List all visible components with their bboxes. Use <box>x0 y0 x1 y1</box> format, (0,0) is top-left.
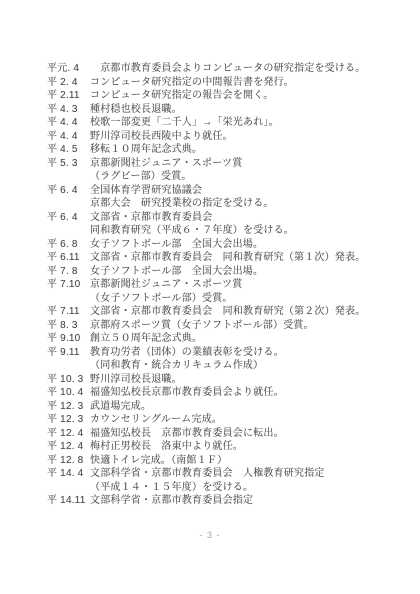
timeline-entry: 平 2.11コンピュータ研究指定の報告会を開く。 <box>47 89 379 103</box>
entry-text-line: （平成１４・１５年度）を受ける。 <box>90 481 379 495</box>
entry-date: 平 12. 8 <box>47 454 90 468</box>
entry-text-line: コンピュータ研究指定の報告会を開く。 <box>90 89 379 103</box>
entry-date: 平 7.10 <box>47 278 90 292</box>
timeline-entry: 平 4. 3種村穏也校長退職。 <box>47 103 379 117</box>
entry-text: 移転１０周年記念式典。 <box>90 143 379 157</box>
entry-text: 福盛知弘校長京都市教育委員会より就任。 <box>90 386 379 400</box>
timeline-entry: 平 8. 3京都府スポーツ賞（女子ソフトボール部）受賞。 <box>47 319 379 333</box>
entry-date: 平 7. 8 <box>47 265 90 279</box>
page-number-label: - 3 - <box>0 529 420 541</box>
entry-date: 平 12. 3 <box>47 400 90 414</box>
entry-text-line: 快適トイレ完成。（南館１Ｆ） <box>90 454 379 468</box>
timeline-entry: 平 12. 4梅村正男校長 洛東中より就任。 <box>47 440 379 454</box>
entry-text: コンピュータ研究指定の中間報告書を発行。 <box>90 76 379 90</box>
entry-text-line: 京都大会 研究授業校の指定を受ける。 <box>90 197 379 211</box>
entry-text-line: 校歌一部変更「二千人」→「栄光あれ」。 <box>90 116 379 130</box>
entry-text-line: 野川淳司校長退職。 <box>90 373 379 387</box>
entry-text-line: 文部省・京都市教育委員会 同和教育研究（第２次）発表。 <box>90 305 379 319</box>
timeline-entry: 平 12. 4福盛知弘校長 京都市教育委員会に転出。 <box>47 427 379 441</box>
timeline-entry: 平 12. 8快適トイレ完成。（南館１Ｆ） <box>47 454 379 468</box>
timeline-entry: 平 9.11教育功労者（団体）の業績表彰を受ける。（同和教育・統合カリキュラム作… <box>47 346 379 373</box>
entry-text-line: 種村穏也校長退職。 <box>90 103 379 117</box>
timeline-entry: 平 10. 4福盛知弘校長京都市教育委員会より就任。 <box>47 386 379 400</box>
entry-text: 教育功労者（団体）の業績表彰を受ける。（同和教育・統合カリキュラム作成） <box>90 346 379 373</box>
entry-text-line: 文部科学省・京都市教育委員会指定 <box>90 494 379 508</box>
entry-text: 福盛知弘校長 京都市教育委員会に転出。 <box>90 427 379 441</box>
entry-text-line: 文部科学省・京都市教育委員会 人権教育研究指定 <box>90 467 379 481</box>
entry-text: 種村穏也校長退職。 <box>90 103 379 117</box>
entry-date: 平 10. 3 <box>47 373 90 387</box>
entry-text: 文部科学省・京都市教育委員会指定 <box>90 494 379 508</box>
document-page: 平元. 4 京都市教育委員会よりコンピュータの研究指定を受ける。平 2. 4コン… <box>0 0 420 594</box>
entry-text-line: 女子ソフトボール部 全国大会出場。 <box>90 238 379 252</box>
entry-text: 京都新聞社ジュニア・スポーツ賞（ラグビー部）受賞。 <box>90 157 379 184</box>
entry-text-line: 京都新聞社ジュニア・スポーツ賞 <box>90 157 379 171</box>
timeline-entry: 平 10. 3野川淳司校長退職。 <box>47 373 379 387</box>
entry-date: 平 2.11 <box>47 89 90 103</box>
timeline-entry: 平 6. 8女子ソフトボール部 全国大会出場。 <box>47 238 379 252</box>
entry-text: 文部省・京都市教育委員会 同和教育研究（第１次）発表。 <box>90 251 379 265</box>
entry-text: 文部省・京都市教育委員会同和教育研究（平成６・７年度）を受ける。 <box>90 211 379 238</box>
entry-date: 平 14.11 <box>47 494 90 508</box>
entry-date: 平 6.11 <box>47 251 90 265</box>
entry-date: 平 12. 4 <box>47 427 90 441</box>
entry-date: 平 5. 3 <box>47 157 90 171</box>
entry-date: 平元. 4 <box>47 62 90 76</box>
entry-text: 京都新聞社ジュニア・スポーツ賞（女子ソフトボール部）受賞。 <box>90 278 379 305</box>
timeline-entry: 平 7. 8女子ソフトボール部 全国大会出場。 <box>47 265 379 279</box>
entry-date: 平 7.11 <box>47 305 90 319</box>
entry-text: 創立５０周年記念式典。 <box>90 332 379 346</box>
entry-text-line: 同和教育研究（平成６・７年度）を受ける。 <box>90 224 379 238</box>
entry-text-line: 福盛知弘校長 京都市教育委員会に転出。 <box>90 427 379 441</box>
entry-text-line: 創立５０周年記念式典。 <box>90 332 379 346</box>
timeline-entry: 平 12. 3武道場完成。 <box>47 400 379 414</box>
timeline-entry: 平 14. 4文部科学省・京都市教育委員会 人権教育研究指定（平成１４・１５年度… <box>47 467 379 494</box>
entry-text-line: （ラグビー部）受賞。 <box>90 170 379 184</box>
entry-text-line: 武道場完成。 <box>90 400 379 414</box>
timeline-entry: 平 6. 4全国体育学習研究協議会京都大会 研究授業校の指定を受ける。 <box>47 184 379 211</box>
entry-text-line: カウンセリングルーム完成。 <box>90 413 379 427</box>
entry-date: 平 9.10 <box>47 332 90 346</box>
entry-text: 全国体育学習研究協議会京都大会 研究授業校の指定を受ける。 <box>90 184 379 211</box>
entry-text: 文部省・京都市教育委員会 同和教育研究（第２次）発表。 <box>90 305 379 319</box>
timeline-entry: 平 12. 3カウンセリングルーム完成。 <box>47 413 379 427</box>
timeline-entry: 平 2. 4コンピュータ研究指定の中間報告書を発行。 <box>47 76 379 90</box>
entry-date: 平 4. 4 <box>47 130 90 144</box>
entry-date: 平 4. 3 <box>47 103 90 117</box>
entry-date: 平 4. 4 <box>47 116 90 130</box>
entry-text-line: 野川淳司校長西陵中より就任。 <box>90 130 379 144</box>
chronology-list: 平元. 4 京都市教育委員会よりコンピュータの研究指定を受ける。平 2. 4コン… <box>47 62 379 508</box>
entry-date: 平 9.11 <box>47 346 90 360</box>
entry-text: カウンセリングルーム完成。 <box>90 413 379 427</box>
entry-text-line: （同和教育・統合カリキュラム作成） <box>90 359 379 373</box>
entry-text-line: 梅村正男校長 洛東中より就任。 <box>90 440 379 454</box>
timeline-entry: 平 7.11文部省・京都市教育委員会 同和教育研究（第２次）発表。 <box>47 305 379 319</box>
timeline-entry: 平 4. 5移転１０周年記念式典。 <box>47 143 379 157</box>
entry-text: 校歌一部変更「二千人」→「栄光あれ」。 <box>90 116 379 130</box>
entry-date: 平 8. 3 <box>47 319 90 333</box>
entry-text-line: 教育功労者（団体）の業績表彰を受ける。 <box>90 346 379 360</box>
entry-text-line: 女子ソフトボール部 全国大会出場。 <box>90 265 379 279</box>
entry-date: 平 10. 4 <box>47 386 90 400</box>
entry-text: 梅村正男校長 洛東中より就任。 <box>90 440 379 454</box>
entry-text: 京都市教育委員会よりコンピュータの研究指定を受ける。 <box>90 62 379 76</box>
entry-date: 平 12. 4 <box>47 440 90 454</box>
entry-date: 平 12. 3 <box>47 413 90 427</box>
timeline-entry: 平 14.11文部科学省・京都市教育委員会指定 <box>47 494 379 508</box>
timeline-entry: 平 5. 3京都新聞社ジュニア・スポーツ賞（ラグビー部）受賞。 <box>47 157 379 184</box>
entry-text: 文部科学省・京都市教育委員会 人権教育研究指定（平成１４・１５年度）を受ける。 <box>90 467 379 494</box>
entry-text: 野川淳司校長西陵中より就任。 <box>90 130 379 144</box>
entry-date: 平 14. 4 <box>47 467 90 481</box>
entry-text: コンピュータ研究指定の報告会を開く。 <box>90 89 379 103</box>
entry-text: 快適トイレ完成。（南館１Ｆ） <box>90 454 379 468</box>
entry-text-line: コンピュータ研究指定の中間報告書を発行。 <box>90 76 379 90</box>
entry-date: 平 6. 4 <box>47 211 90 225</box>
entry-text-line: 文部省・京都市教育委員会 同和教育研究（第１次）発表。 <box>90 251 379 265</box>
timeline-entry: 平 6. 4文部省・京都市教育委員会同和教育研究（平成６・７年度）を受ける。 <box>47 211 379 238</box>
timeline-entry: 平 4. 4野川淳司校長西陵中より就任。 <box>47 130 379 144</box>
entry-text: 京都府スポーツ賞（女子ソフトボール部）受賞。 <box>90 319 379 333</box>
entry-text-line: 京都市教育委員会よりコンピュータの研究指定を受ける。 <box>90 62 379 76</box>
entry-text: 女子ソフトボール部 全国大会出場。 <box>90 238 379 252</box>
entry-text-line: 全国体育学習研究協議会 <box>90 184 379 198</box>
entry-text-line: 京都府スポーツ賞（女子ソフトボール部）受賞。 <box>90 319 379 333</box>
timeline-entry: 平元. 4 京都市教育委員会よりコンピュータの研究指定を受ける。 <box>47 62 379 76</box>
entry-date: 平 4. 5 <box>47 143 90 157</box>
entry-text: 野川淳司校長退職。 <box>90 373 379 387</box>
timeline-entry: 平 4. 4校歌一部変更「二千人」→「栄光あれ」。 <box>47 116 379 130</box>
entry-text-line: 福盛知弘校長京都市教育委員会より就任。 <box>90 386 379 400</box>
entry-text-line: 文部省・京都市教育委員会 <box>90 211 379 225</box>
entry-text-line: 京都新聞社ジュニア・スポーツ賞 <box>90 278 379 292</box>
entry-date: 平 6. 4 <box>47 184 90 198</box>
entry-date: 平 2. 4 <box>47 76 90 90</box>
timeline-entry: 平 9.10創立５０周年記念式典。 <box>47 332 379 346</box>
entry-text-line: （女子ソフトボール部）受賞。 <box>90 292 379 306</box>
timeline-entry: 平 6.11文部省・京都市教育委員会 同和教育研究（第１次）発表。 <box>47 251 379 265</box>
entry-text: 武道場完成。 <box>90 400 379 414</box>
entry-text-line: 移転１０周年記念式典。 <box>90 143 379 157</box>
timeline-entry: 平 7.10京都新聞社ジュニア・スポーツ賞（女子ソフトボール部）受賞。 <box>47 278 379 305</box>
entry-date: 平 6. 8 <box>47 238 90 252</box>
entry-text: 女子ソフトボール部 全国大会出場。 <box>90 265 379 279</box>
